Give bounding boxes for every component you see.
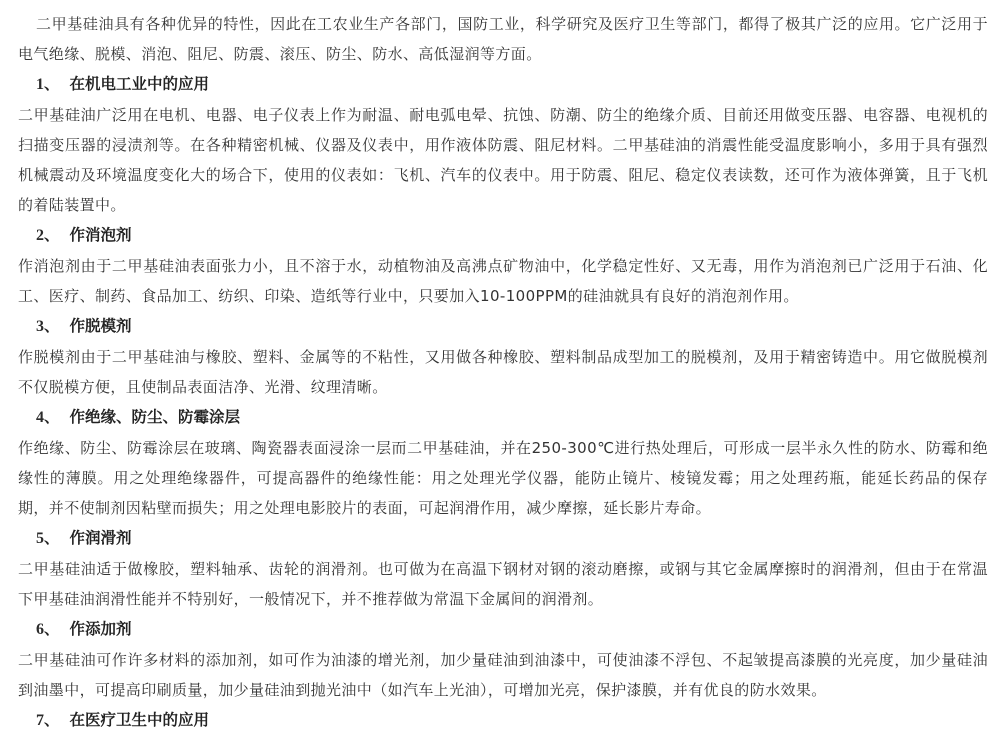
section-heading-2: 2、作消泡剂 xyxy=(18,220,988,251)
section-separator: 、 xyxy=(44,316,60,335)
section-number: 3 xyxy=(36,318,44,335)
section-body-1: 二甲基硅油广泛用在电机、电器、电子仪表上作为耐温、耐电弧电晕、抗蚀、防潮、防尘的… xyxy=(18,100,988,220)
section-number: 7 xyxy=(36,712,44,729)
section-body-6: 二甲基硅油可作许多材料的添加剂，如可作为油漆的增光剂，加少量硅油到油漆中，可使油… xyxy=(18,645,988,705)
section-title: 作绝缘、防尘、防霉涂层 xyxy=(70,407,241,426)
section-number: 1 xyxy=(36,76,44,93)
section-title: 在机电工业中的应用 xyxy=(70,74,210,93)
section-title: 在医疗卫生中的应用 xyxy=(70,710,210,729)
article-body: 二甲基硅油具有各种优异的特性，因此在工农业生产各部门，国防工业，科学研究及医疗卫… xyxy=(0,0,1002,734)
section-separator: 、 xyxy=(44,528,60,547)
section-number: 6 xyxy=(36,621,44,638)
section-separator: 、 xyxy=(44,407,60,426)
section-separator: 、 xyxy=(44,225,60,244)
section-separator: 、 xyxy=(44,619,60,638)
section-heading-3: 3、作脱模剂 xyxy=(18,311,988,342)
section-separator: 、 xyxy=(44,710,60,729)
section-number: 5 xyxy=(36,530,44,547)
section-title: 作添加剂 xyxy=(70,619,132,638)
section-body-5: 二甲基硅油适于做橡胶，塑料轴承、齿轮的润滑剂。也可做为在高温下钢材对钢的滚动磨擦… xyxy=(18,554,988,614)
section-number: 2 xyxy=(36,227,44,244)
section-heading-6: 6、作添加剂 xyxy=(18,614,988,645)
section-heading-1: 1、在机电工业中的应用 xyxy=(18,69,988,100)
section-title: 作消泡剂 xyxy=(70,225,132,244)
section-title: 作润滑剂 xyxy=(70,528,132,547)
section-heading-4: 4、作绝缘、防尘、防霉涂层 xyxy=(18,402,988,433)
section-heading-5: 5、作润滑剂 xyxy=(18,523,988,554)
section-title: 作脱模剂 xyxy=(70,316,132,335)
section-body-2: 作消泡剂由于二甲基硅油表面张力小，且不溶于水，动植物油及高沸点矿物油中，化学稳定… xyxy=(18,251,988,311)
section-body-3: 作脱模剂由于二甲基硅油与橡胶、塑料、金属等的不粘性，又用做各种橡胶、塑料制品成型… xyxy=(18,342,988,402)
section-heading-7: 7、在医疗卫生中的应用 xyxy=(18,705,988,734)
section-number: 4 xyxy=(36,409,44,426)
intro-paragraph: 二甲基硅油具有各种优异的特性，因此在工农业生产各部门，国防工业，科学研究及医疗卫… xyxy=(18,9,988,69)
section-separator: 、 xyxy=(44,74,60,93)
section-body-4: 作绝缘、防尘、防霉涂层在玻璃、陶瓷器表面浸涂一层而二甲基硅油，并在250-300… xyxy=(18,433,988,523)
